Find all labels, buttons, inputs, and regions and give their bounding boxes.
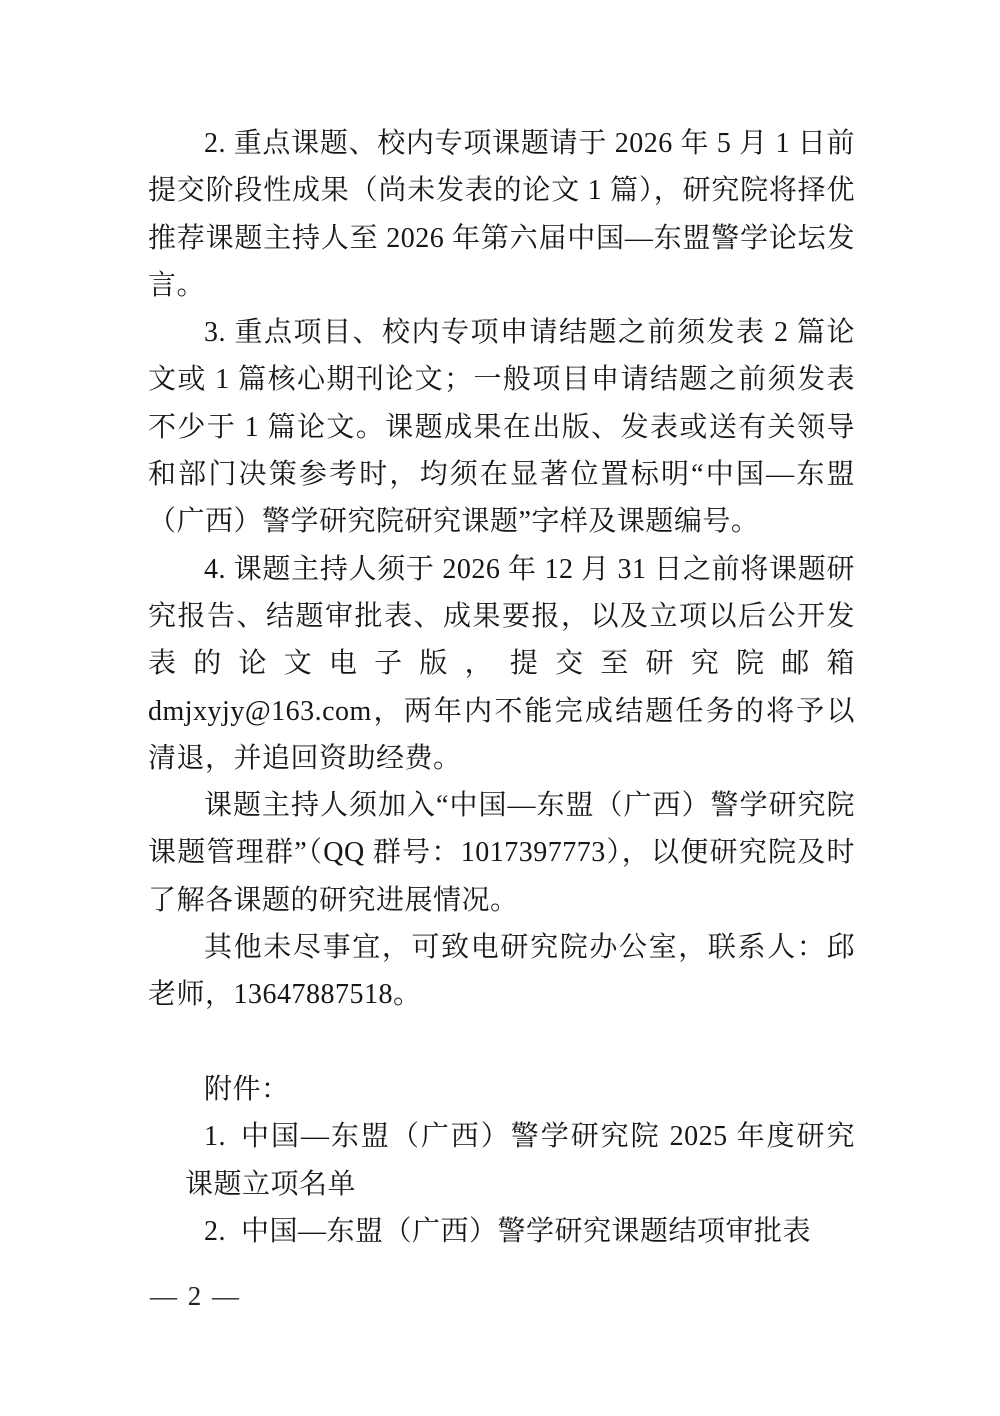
paragraph-item-4: 4. 课题主持人须于 2026 年 12 月 31 日之前将课题研究报告、结题审… xyxy=(148,546,855,782)
document-page: 2. 重点课题、校内专项课题请于 2026 年 5 月 1 日前提交阶段性成果（… xyxy=(0,0,1000,1416)
paragraph-qq-group: 课题主持人须加入“中国—东盟（广西）警学研究院课题管理群”（QQ 群号：1017… xyxy=(148,782,855,924)
paragraph-contact: 其他未尽事宜，可致电研究院办公室，联系人：邱老师，13647887518。 xyxy=(148,924,855,1019)
page-number: — 2 — xyxy=(150,1281,241,1312)
attachment-item: 2. 中国—东盟（广西）警学研究课题结项审批表 xyxy=(148,1208,855,1255)
attachments-section: 附件： 1. 中国—东盟（广西）警学研究院 2025 年度研究课题立项名单 2.… xyxy=(148,1066,855,1255)
attachment-item: 1. 中国—东盟（广西）警学研究院 2025 年度研究课题立项名单 xyxy=(148,1113,855,1208)
attachment-item-number: 1. xyxy=(148,1113,226,1160)
document-body: 2. 重点课题、校内专项课题请于 2026 年 5 月 1 日前提交阶段性成果（… xyxy=(148,120,855,1255)
paragraph-item-2: 2. 重点课题、校内专项课题请于 2026 年 5 月 1 日前提交阶段性成果（… xyxy=(148,120,855,309)
attachment-item-number: 2. xyxy=(148,1208,226,1255)
attachment-item-title: 中国—东盟（广西）警学研究课题结项审批表 xyxy=(241,1216,811,1247)
attachments-label: 附件： xyxy=(148,1066,855,1113)
paragraph-item-3: 3. 重点项目、校内专项申请结题之前须发表 2 篇论文或 1 篇核心期刊论文；一… xyxy=(148,309,855,545)
attachment-item-title: 中国—东盟（广西）警学研究院 2025 年度研究课题立项名单 xyxy=(185,1121,855,1199)
